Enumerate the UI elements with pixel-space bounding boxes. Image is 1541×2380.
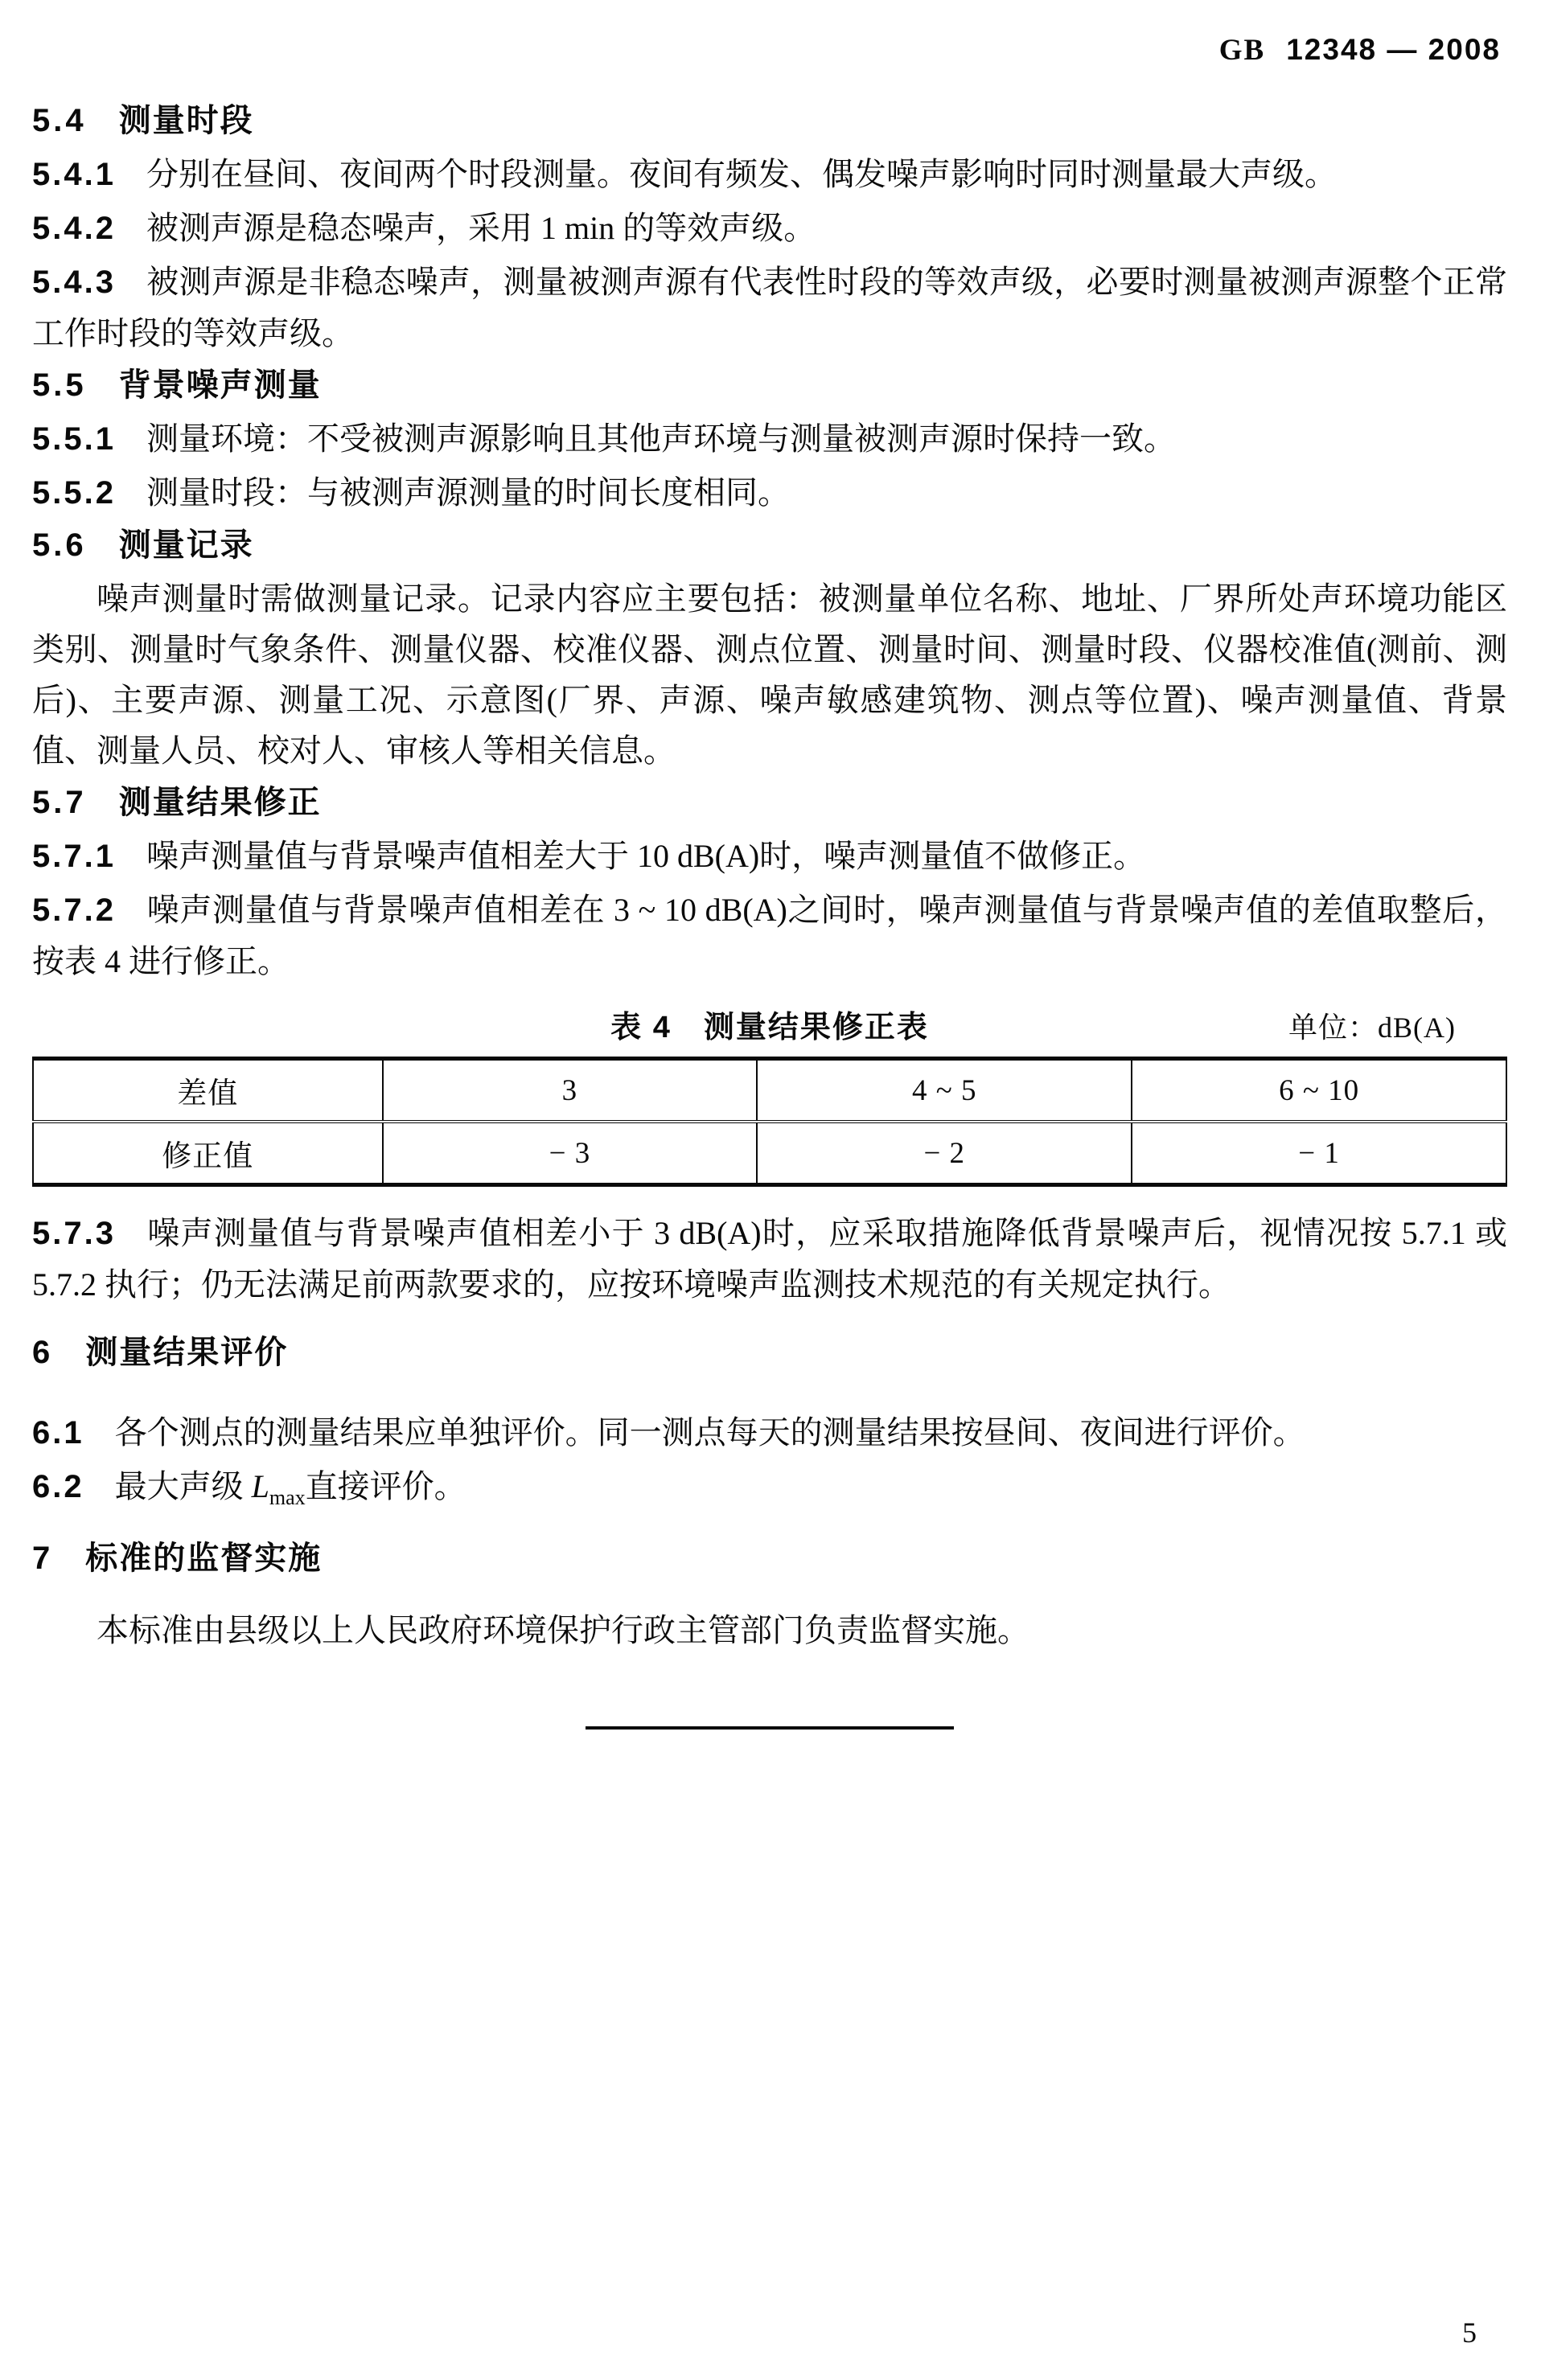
clause-5-4-1: 5.4.1分别在昼间、夜间两个时段测量。夜间有频发、偶发噪声影响时同时测量最大声… (32, 149, 1507, 200)
clause-text: 噪声测量值与背景噪声值相差大于 10 dB(A)时，噪声测量值不做修正。 (146, 838, 1145, 874)
clause-text: 测量环境：不受被测声源影响且其他声环境与测量被测声源时保持一致。 (146, 421, 1176, 457)
clause-text: 噪声测量值与背景噪声值相差在 3 ~ 10 dB(A)之间时，噪声测量值与背景噪… (32, 892, 1507, 979)
section-heading-5-4: 5.4测量时段 (32, 96, 1507, 146)
section-title: 测量记录 (119, 527, 254, 563)
level-symbol: L (252, 1468, 269, 1504)
section-number: 6 (32, 1335, 53, 1370)
doc-code-prefix: GB (1219, 34, 1265, 67)
table-row-label: 修正值 (33, 1122, 383, 1185)
section-number: 5.5 (32, 367, 87, 403)
clause-text-prefix: 最大声级 (115, 1468, 252, 1504)
page-header: GB12348 — 2008 (32, 21, 1507, 67)
section-number: 5.7 (32, 785, 87, 820)
clause-number: 5.7.1 (32, 839, 116, 874)
table-row-label: 差值 (33, 1059, 383, 1122)
clause-5-4-2: 5.4.2被测声源是稳态噪声，采用 1 min 的等效声级。 (32, 203, 1507, 254)
table-cell: 3 (383, 1059, 758, 1122)
section-heading-5-7: 5.7测量结果修正 (32, 778, 1507, 828)
section-number: 7 (32, 1541, 53, 1576)
section-title: 背景噪声测量 (119, 367, 322, 403)
paragraph-5-6: 噪声测量时需做测量记录。记录内容应主要包括：被测量单位名称、地址、厂界所处声环境… (32, 573, 1507, 776)
clause-5-7-1: 5.7.1噪声测量值与背景噪声值相差大于 10 dB(A)时，噪声测量值不做修正… (32, 831, 1507, 882)
level-symbol-subscript: max (269, 1486, 306, 1509)
page-number: 5 (1462, 2316, 1477, 2349)
clause-number: 5.4.1 (32, 157, 116, 192)
table-4-caption-row: 表 4 测量结果修正表 单位：dB(A) (32, 1003, 1507, 1053)
table-4-caption: 表 4 测量结果修正表 (610, 1011, 929, 1044)
table-row: 修正值 − 3 − 2 − 1 (33, 1122, 1506, 1185)
end-of-document-divider (586, 1726, 954, 1730)
table-cell: − 3 (383, 1122, 758, 1185)
section-title: 测量结果评价 (85, 1335, 288, 1370)
paragraph-7: 本标准由县级以上人民政府环境保护行政主管部门负责监督实施。 (32, 1605, 1507, 1656)
clause-number: 5.7.3 (32, 1216, 116, 1251)
clause-6-1: 6.1各个测点的测量结果应单独评价。同一测点每天的测量结果按昼间、夜间进行评价。 (32, 1407, 1507, 1459)
table-cell: 4 ~ 5 (757, 1059, 1132, 1122)
table-4-unit: 单位：dB(A) (1288, 1003, 1456, 1053)
clause-number: 5.4.2 (32, 211, 116, 246)
doc-code-number: 12348 — 2008 (1286, 33, 1501, 66)
table-cell: 6 ~ 10 (1132, 1059, 1506, 1122)
section-number: 5.4 (32, 103, 87, 138)
clause-5-7-2: 5.7.2噪声测量值与背景噪声值相差在 3 ~ 10 dB(A)之间时，噪声测量… (32, 884, 1507, 987)
clause-number: 5.4.3 (32, 265, 116, 300)
table-4: 差值 3 4 ~ 5 6 ~ 10 修正值 − 3 − 2 − 1 (32, 1057, 1507, 1187)
section-title: 测量时段 (119, 103, 254, 138)
clause-number: 5.5.1 (32, 421, 116, 457)
clause-text: 被测声源是非稳态噪声，测量被测声源有代表性时段的等效声级，必要时测量被测声源整个… (32, 264, 1507, 351)
section-heading-5-6: 5.6测量记录 (32, 520, 1507, 571)
section-title: 测量结果修正 (119, 785, 322, 820)
clause-number: 6.1 (32, 1415, 84, 1451)
clause-text: 被测声源是稳态噪声，采用 1 min 的等效声级。 (146, 210, 816, 246)
clause-number: 5.5.2 (32, 475, 116, 511)
clause-5-4-3: 5.4.3被测声源是非稳态噪声，测量被测声源有代表性时段的等效声级，必要时测量被… (32, 256, 1507, 359)
table-cell: − 2 (757, 1122, 1132, 1185)
clause-text: 测量时段：与被测声源测量的时间长度相同。 (146, 474, 790, 511)
clause-5-5-1: 5.5.1测量环境：不受被测声源影响且其他声环境与测量被测声源时保持一致。 (32, 413, 1507, 465)
clause-text: 噪声测量值与背景噪声值相差小于 3 dB(A)时，应采取措施降低背景噪声后，视情… (32, 1215, 1507, 1303)
clause-6-2: 6.2最大声级 Lmax直接评价。 (32, 1461, 1507, 1512)
document-page: GB12348 — 2008 5.4测量时段 5.4.1分别在昼间、夜间两个时段… (0, 0, 1541, 2380)
table-cell: − 1 (1132, 1122, 1506, 1185)
section-heading-7: 7标准的监督实施 (32, 1533, 1507, 1584)
table-row: 差值 3 4 ~ 5 6 ~ 10 (33, 1059, 1506, 1122)
clause-5-7-3: 5.7.3噪声测量值与背景噪声值相差小于 3 dB(A)时，应采取措施降低背景噪… (32, 1208, 1507, 1310)
section-number: 5.6 (32, 527, 87, 563)
clause-text: 各个测点的测量结果应单独评价。同一测点每天的测量结果按昼间、夜间进行评价。 (115, 1414, 1305, 1451)
clause-number: 6.2 (32, 1469, 84, 1504)
clause-text: 最大声级 Lmax直接评价。 (115, 1468, 466, 1504)
clause-text: 分别在昼间、夜间两个时段测量。夜间有频发、偶发噪声影响时同时测量最大声级。 (146, 156, 1337, 192)
clause-5-5-2: 5.5.2测量时段：与被测声源测量的时间长度相同。 (32, 467, 1507, 519)
section-title: 标准的监督实施 (85, 1541, 322, 1576)
section-heading-6: 6测量结果评价 (32, 1327, 1507, 1378)
clause-text-suffix: 直接评价。 (306, 1468, 466, 1504)
section-heading-5-5: 5.5背景噪声测量 (32, 360, 1507, 411)
clause-number: 5.7.2 (32, 892, 116, 928)
